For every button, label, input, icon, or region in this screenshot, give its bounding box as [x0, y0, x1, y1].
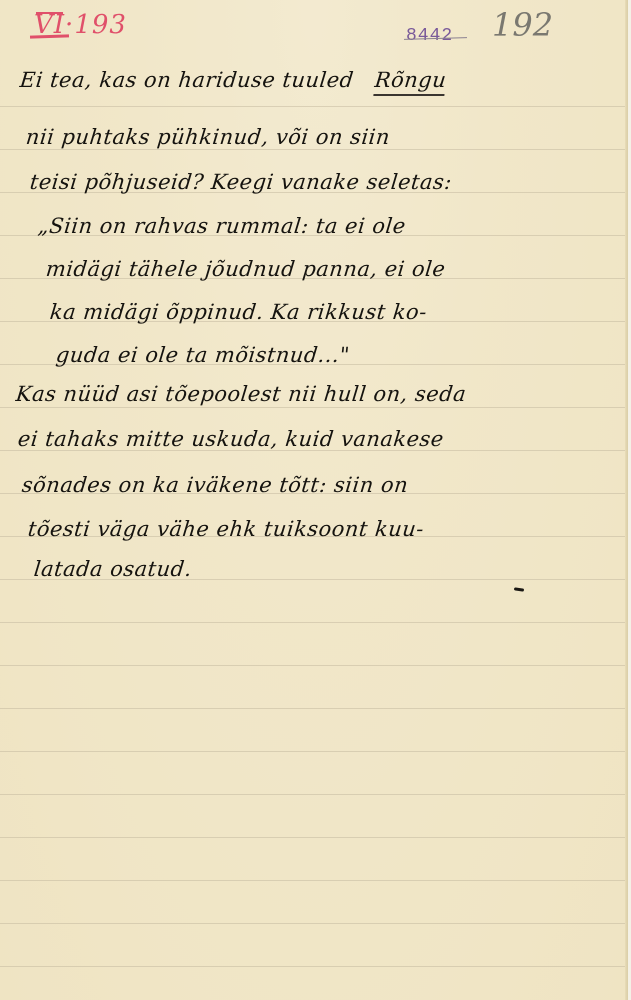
- ruled-line: [0, 837, 628, 838]
- line-text: latada osatud.: [33, 557, 193, 581]
- ruled-line: [0, 966, 628, 967]
- ruled-line: [0, 149, 628, 150]
- handwritten-line: „Siin on rahvas rummal: ta ei ole: [37, 214, 407, 238]
- folio-number: 192: [492, 6, 553, 44]
- line-text: midägi tähele jõudnud panna, ei ole: [45, 257, 447, 281]
- handwritten-line: guda ei ole ta mõistnud...": [55, 343, 351, 367]
- archive-roman-numeral: VI: [34, 10, 65, 40]
- archive-reference-mark: VI·193: [34, 10, 127, 40]
- line-text: ei tahaks mitte uskuda, kuid vanakese: [17, 427, 445, 451]
- line-text: teisi põhjuseid? Keegi vanake seletas:: [29, 170, 453, 194]
- archive-number: 193: [74, 10, 127, 40]
- handwritten-line: ei tahaks mitte uskuda, kuid vanakese: [17, 427, 445, 451]
- handwritten-line: Kas nüüd asi tõepoolest nii hull on, sed…: [15, 382, 468, 406]
- ruled-line: [0, 407, 628, 408]
- ruled-line: [0, 106, 628, 107]
- underlined-place-name: Rõngu: [373, 68, 447, 96]
- handwritten-line: ka midägi õppinud. Ka rikkust ko-: [49, 300, 428, 324]
- ruled-line: [0, 923, 628, 924]
- stamp-number: 8442: [406, 26, 453, 46]
- handwritten-line: sõnades on ka iväkene tõtt: siin on: [21, 473, 410, 497]
- line-text: Kas nüüd asi tõepoolest nii hull on, sed…: [15, 382, 468, 406]
- ruled-line: [0, 794, 628, 795]
- ink-blot: [514, 587, 524, 591]
- line-text: „Siin on rahvas rummal: ta ei ole: [37, 214, 407, 238]
- ruled-line: [0, 751, 628, 752]
- handwritten-line: latada osatud.: [33, 557, 193, 581]
- handwritten-line: midägi tähele jõudnud panna, ei ole: [45, 257, 447, 281]
- ruled-line: [0, 708, 628, 709]
- manuscript-page: VI·193 8442 192 Ei tea, kas on hariduse …: [0, 0, 628, 1000]
- line-text: tõesti väga vähe ehk tuiksoont kuu-: [27, 517, 426, 541]
- line-text: ka midägi õppinud. Ka rikkust ko-: [49, 300, 428, 324]
- handwritten-line: teisi põhjuseid? Keegi vanake seletas:: [29, 170, 453, 194]
- ruled-line: [0, 622, 628, 623]
- line-text: sõnades on ka iväkene tõtt: siin on: [21, 473, 410, 497]
- line-text: nii puhtaks pühkinud, või on siin: [25, 125, 392, 149]
- handwritten-line: nii puhtaks pühkinud, või on siin: [25, 125, 392, 149]
- ruled-line: [0, 665, 628, 666]
- line-text: Ei tea, kas on hariduse tuuled: [19, 68, 355, 92]
- ruled-line: [0, 880, 628, 881]
- line-text: guda ei ole ta mõistnud...": [55, 343, 351, 367]
- handwritten-line: Ei tea, kas on hariduse tuuled Rõngu: [19, 68, 448, 92]
- handwritten-line: tõesti väga vähe ehk tuiksoont kuu-: [27, 517, 426, 541]
